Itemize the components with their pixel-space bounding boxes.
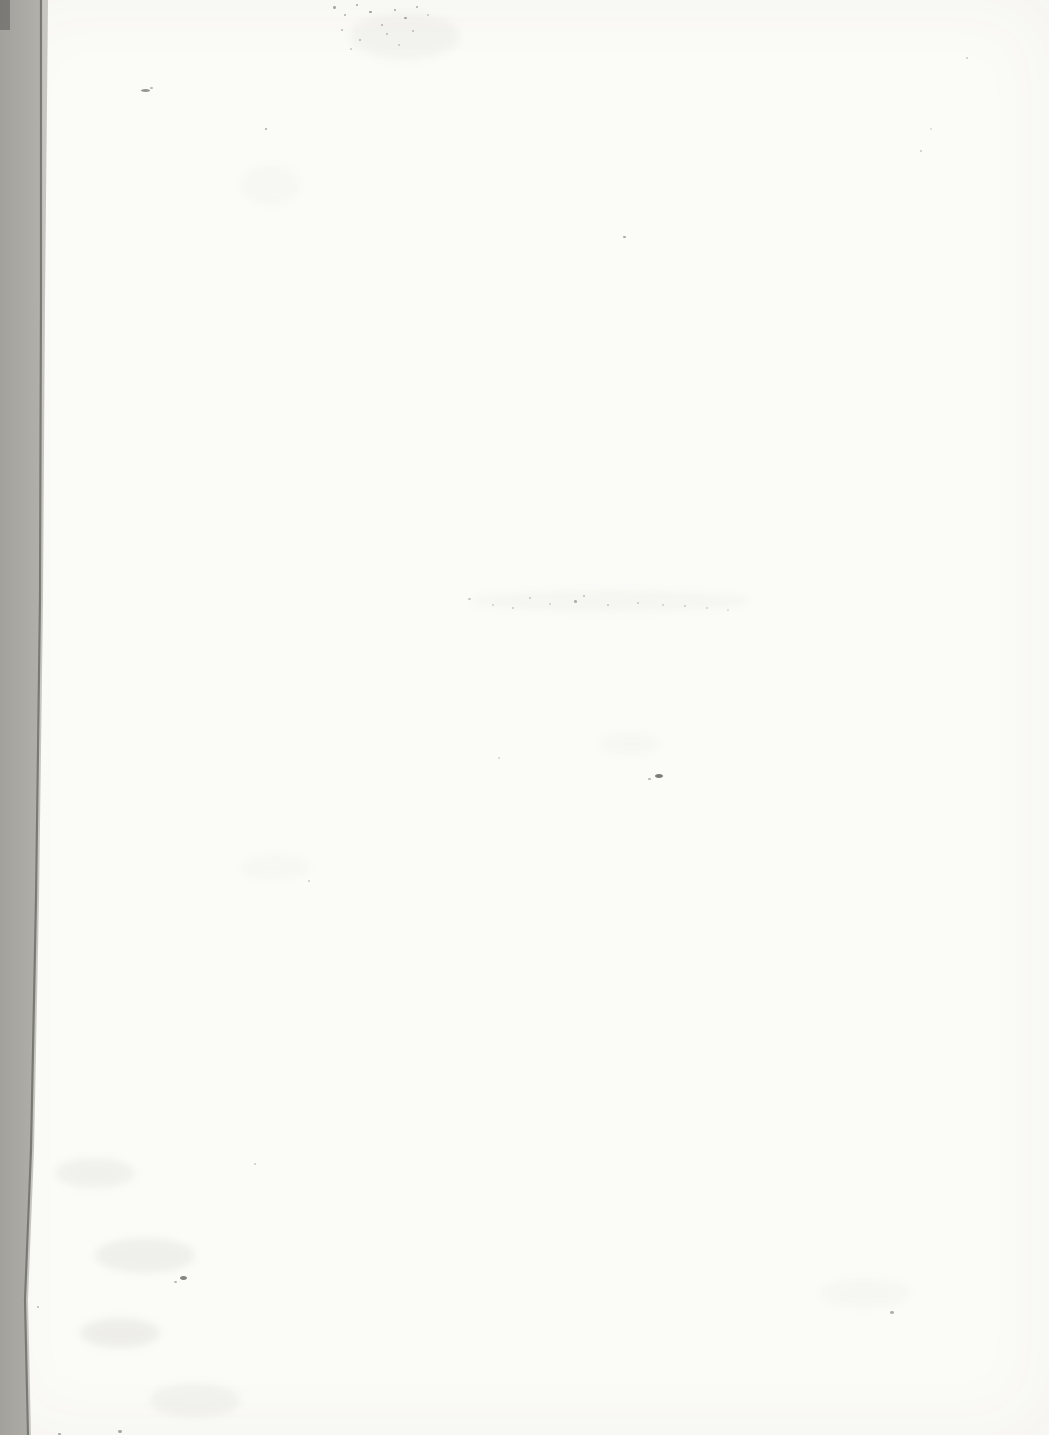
scan-corner-mark xyxy=(0,0,10,30)
scanned-blank-page xyxy=(0,0,1049,1435)
page-edge-gray-fill xyxy=(0,0,41,1435)
page-edge-strip xyxy=(0,0,1049,1435)
